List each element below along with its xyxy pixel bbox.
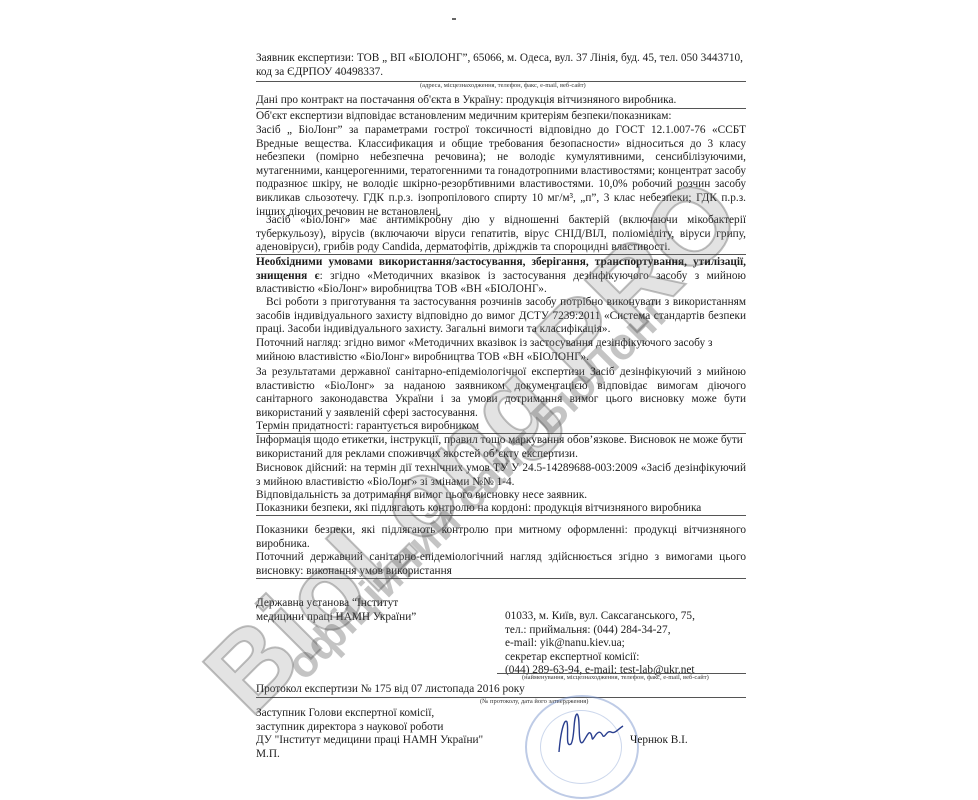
applicant-text: Заявник експертизи: ТОВ „ ВП «БІОЛОНГ”, … [256, 52, 746, 79]
contact-phone: тел.: приймальня: (044) 284-34-27, [505, 624, 745, 638]
signatory-name: Чернюк В.І. [630, 734, 730, 748]
conditions-text: Необхідними умовами використання/застосу… [256, 256, 746, 297]
seal-label: М.П. [256, 748, 506, 762]
contact-secretary: секретар експертної комісії: [505, 651, 745, 665]
divider [256, 515, 746, 516]
responsibility-text: Відповідальність за дотримання вимог цьо… [256, 489, 746, 503]
toxicity-text: Засіб „ БіоЛонг” за параметрами гострої … [256, 124, 746, 219]
current-supervision-text: Поточний державний санітарно-епідеміолог… [256, 551, 746, 578]
institution-caption: (найменування, місцезнаходження, телефон… [522, 674, 709, 681]
signatory-line: Заступник Голови експертної комісії, [256, 707, 506, 721]
signatory-block: Заступник Голови експертної комісії, зас… [256, 707, 506, 761]
customs-control-text: Показники безпеки, які підлягають контро… [256, 524, 746, 551]
divider [256, 578, 746, 579]
divider [256, 108, 746, 109]
protection-text: Всі роботи з приготування та застосуванн… [256, 296, 746, 337]
shelf-life: Термін придатності: гарантується виробни… [256, 420, 746, 434]
scan-speck [452, 18, 456, 20]
conditions-body: : згідно «Методичних вказівок із застосу… [256, 270, 746, 296]
criteria-title: Об'єкт експертизи відповідає встановлени… [256, 110, 746, 124]
validity-text: Висновок дійсний: на термін дії технічни… [256, 462, 746, 489]
contact-address: 01033, м. Київ, вул. Саксаганського, 75, [505, 610, 745, 624]
institution-name-line: медицини праці НАМН України” [256, 611, 456, 625]
document-page: Заявник експертизи: ТОВ „ ВП «БІОЛОНГ”, … [0, 0, 978, 800]
results-text: За результатами державної санітарно-епід… [256, 366, 746, 420]
supervision-text: Поточний нагляд: згідно вимог «Методични… [256, 337, 746, 364]
protocol-text: Протокол експертизи № 175 від 07 листопа… [256, 683, 746, 697]
institution-name-line: Державна установа “Інститут [256, 597, 456, 611]
institution-name: Державна установа “Інститут медицини пра… [256, 597, 456, 624]
signature-icon [555, 708, 625, 758]
contact-email: e-mail: yik@nanu.kiev.ua; [505, 637, 745, 651]
divider [256, 254, 746, 255]
antimicrobial-text: Засіб «БіоЛонг» має антимікробну дію у в… [256, 214, 746, 255]
border-control-text: Показники безпеки, які підлягають контро… [256, 502, 746, 516]
signatory-line: заступник директора з наукової роботи [256, 721, 506, 735]
labeling-text: Інформація щодо етикетки, інструкції, пр… [256, 434, 746, 461]
signatory-line: ДУ "Інститут медицини праці НАМН України… [256, 734, 506, 748]
contract-text: Дані про контракт на постачання об'єкта … [256, 94, 746, 108]
institution-contacts: 01033, м. Київ, вул. Саксаганського, 75,… [505, 610, 745, 678]
applicant-caption: (адреса, місцезнаходження, телефон, факс… [420, 82, 586, 89]
